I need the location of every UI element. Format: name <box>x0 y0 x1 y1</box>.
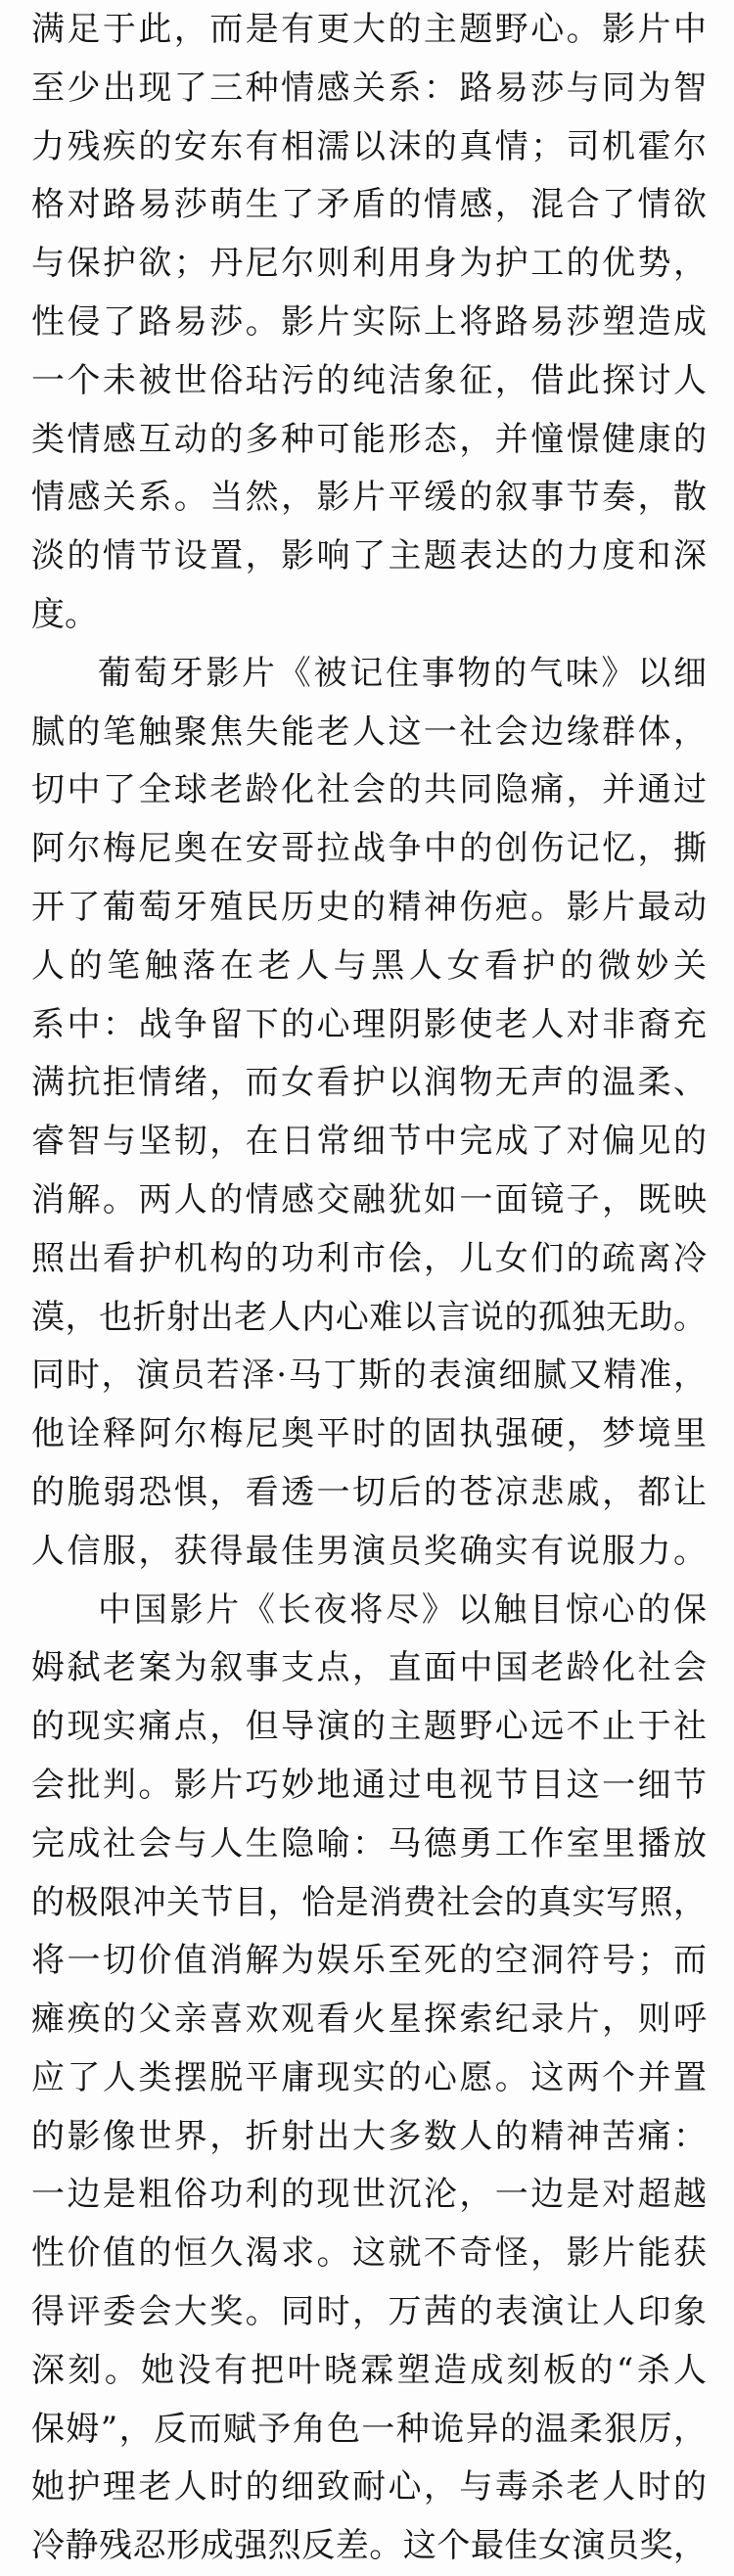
text-line: 的影像世界，折射出大多数人的精神苦痛： <box>31 2108 707 2167</box>
text-line: 姆弑老案为叙事支点，直面中国老龄化社会 <box>31 1639 707 1698</box>
text-line: 至少出现了三种情感关系：路易莎与同为智 <box>31 60 707 118</box>
text-line: 力残疾的安东有相濡以沫的真情；司机霍尔 <box>31 118 707 177</box>
text-line: 开了葡萄牙殖民历史的精神伤疤。影片最动 <box>31 879 707 938</box>
text-line: 葡萄牙影片《被记住事物的气味》以细 <box>31 645 707 704</box>
text-line: 人信服，获得最佳男演员奖确实有说服力。 <box>31 1523 707 1582</box>
text-column: 满足于此，而是有更大的主题野心。影片中至少出现了三种情感关系：路易莎与同为智力残… <box>31 1 707 2576</box>
text-line: 性价值的恒久渴求。这就不奇怪，影片能获 <box>31 2225 707 2283</box>
text-line: 照出看护机构的功利市侩，儿女们的疏离冷 <box>31 1230 707 1289</box>
text-line: 情感关系。当然，影片平缓的叙事节奏，散 <box>31 469 707 528</box>
text-line: 消解。两人的情感交融犹如一面镜子，既映 <box>31 1172 707 1230</box>
text-line: 的脆弱恐惧，看透一切后的苍凉悲戚，都让 <box>31 1464 707 1523</box>
text-line: 瘫痪的父亲喜欢观看火星探索纪录片，则呼 <box>31 1991 707 2049</box>
text-line: 完成社会与人生隐喻：马德勇工作室里播放 <box>31 1816 707 1874</box>
text-line: 满足于此，而是有更大的主题野心。影片中 <box>31 1 707 60</box>
text-line: 她护理老人时的细致耐心，与毒杀老人时的 <box>31 2459 707 2517</box>
text-line: 一边是粗俗功利的现世沉沦，一边是对超越 <box>31 2166 707 2225</box>
text-line: 阿尔梅尼奥在安哥拉战争中的创伤记忆，撕 <box>31 820 707 879</box>
text-line: 中国影片《长夜将尽》以触目惊心的保 <box>31 1582 707 1640</box>
text-line: 与保护欲；丹尼尔则利用身为护工的优势， <box>31 235 707 294</box>
text-line: 睿智与坚韧，在日常细节中完成了对偏见的 <box>31 1113 707 1172</box>
text-line: 淡的情节设置，影响了主题表达的力度和深 <box>31 528 707 586</box>
text-line: 类情感互动的多种可能形态，并憧憬健康的 <box>31 411 707 470</box>
text-line: 漠，也折射出老人内心难以言说的孤独无助。 <box>31 1289 707 1348</box>
text-line: 切中了全球老龄化社会的共同隐痛，并通过 <box>31 761 707 820</box>
text-line: 性侵了路易莎。影片实际上将路易莎塑造成 <box>31 294 707 352</box>
text-line: 将一切价值消解为娱乐至死的空洞符号；而 <box>31 1932 707 1991</box>
text-line: 腻的笔触聚焦失能老人这一社会边缘群体， <box>31 704 707 762</box>
text-line: 满抗拒情绪，而女看护以润物无声的温柔、 <box>31 1054 707 1113</box>
text-line: 他诠释阿尔梅尼奥平时的固执强硬，梦境里 <box>31 1405 707 1464</box>
text-line: 得评委会大奖。同时，万茜的表演让人印象 <box>31 2283 707 2342</box>
text-line: 人的笔触落在老人与黑人女看护的微妙关 <box>31 938 707 996</box>
text-line: 的极限冲关节目，恰是消费社会的真实写照， <box>31 1874 707 1933</box>
text-line: 应了人类摆脱平庸现实的心愿。这两个并置 <box>31 2049 707 2108</box>
text-line: 保姆”，反而赋予角色一种诡异的温柔狠厉， <box>31 2401 707 2460</box>
text-line: 系中：战争留下的心理阴影使老人对非裔充 <box>31 996 707 1055</box>
text-line: 冷静残忍形成强烈反差。这个最佳女演员奖， <box>31 2517 707 2576</box>
text-line: 一个未被世俗玷污的纯洁象征，借此探讨人 <box>31 352 707 411</box>
text-line: 深刻。她没有把叶晓霖塑造成刻板的“杀人 <box>31 2342 707 2401</box>
text-line: 同时，演员若泽·马丁斯的表演细腻又精准， <box>31 1347 707 1405</box>
text-line: 格对路易莎萌生了矛盾的情感，混合了情欲 <box>31 176 707 235</box>
text-line: 的现实痛点，但导演的主题野心远不止于社 <box>31 1698 707 1757</box>
text-line: 会批判。影片巧妙地通过电视节目这一细节 <box>31 1757 707 1816</box>
document-page: 满足于此，而是有更大的主题野心。影片中至少出现了三种情感关系：路易莎与同为智力残… <box>0 0 734 2576</box>
text-line: 度。 <box>31 586 707 645</box>
